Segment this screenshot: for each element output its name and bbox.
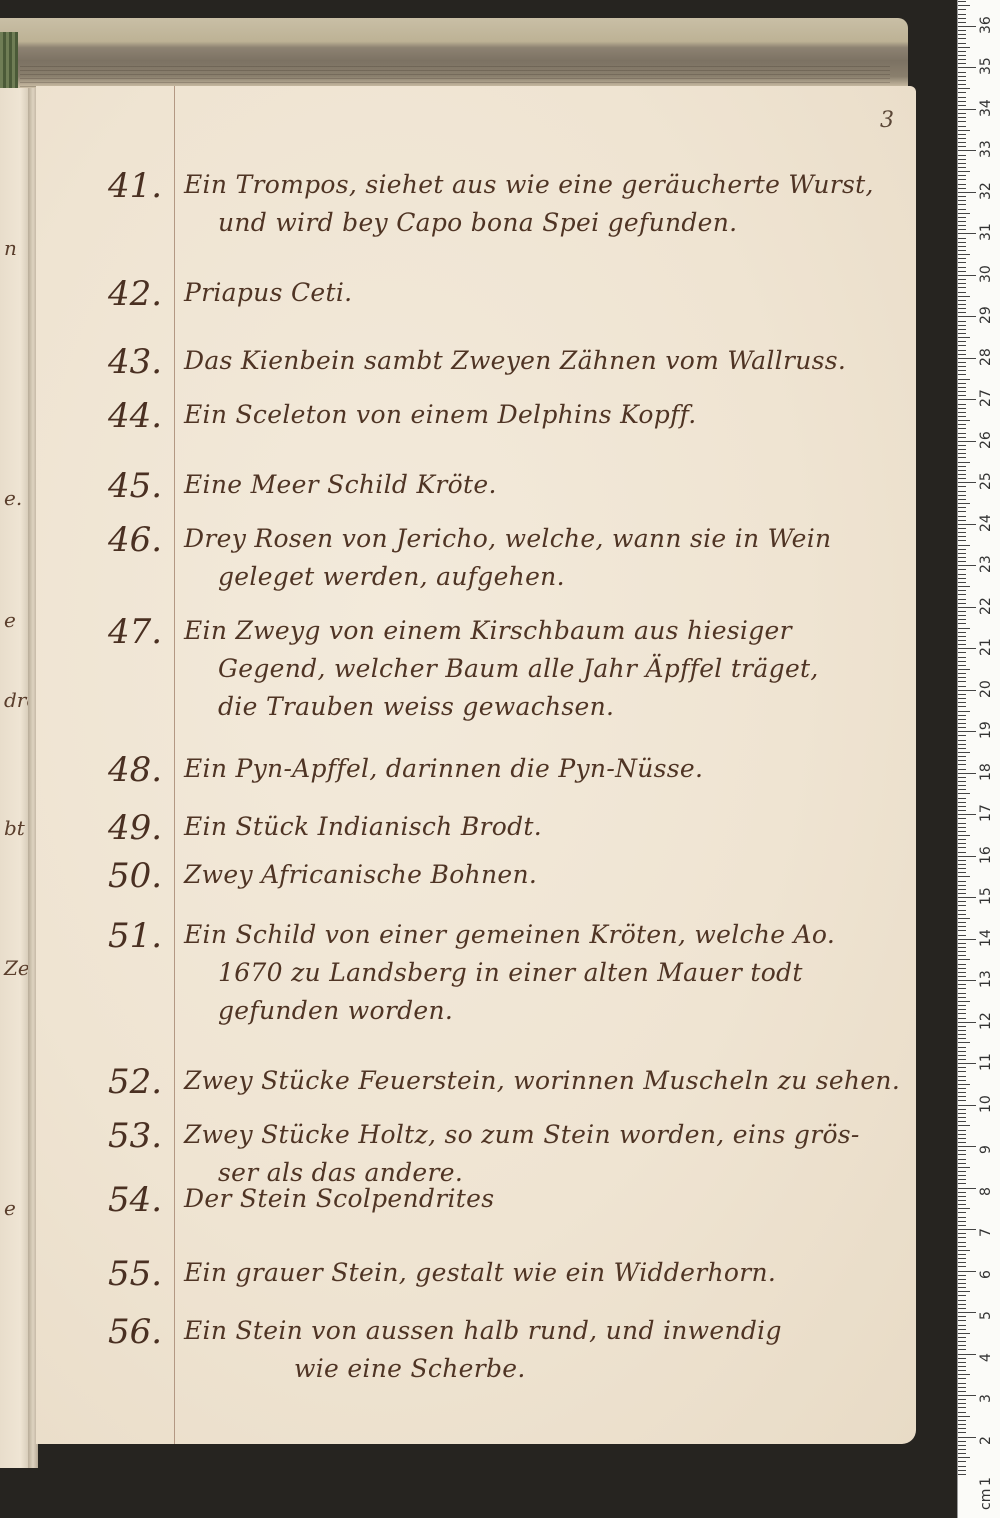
- ruler-tick: [958, 785, 966, 786]
- ruler-tick: [958, 955, 966, 956]
- ruler-tick: [958, 1366, 966, 1367]
- ruler-tick: [958, 731, 976, 732]
- ruler-tick: [958, 1461, 966, 1462]
- ruler-tick: [958, 1212, 966, 1213]
- ruler-tick: [958, 1001, 970, 1002]
- ruler-tick: [958, 482, 976, 483]
- ruler-tick: [958, 864, 966, 865]
- ruler-tick: [958, 1349, 966, 1350]
- ruler-tick: [958, 275, 976, 276]
- ruler-tick: [958, 889, 966, 890]
- ruler-label: 31: [978, 224, 994, 242]
- ruler-tick: [958, 798, 966, 799]
- ruler-tick: [958, 171, 970, 172]
- ruler-label: 14: [978, 929, 994, 947]
- entry-line: 1670 zu Landsberg in einer alten Mauer t…: [184, 954, 904, 992]
- ruler-tick: [958, 499, 966, 500]
- ruler-unit-label: cm: [978, 1489, 994, 1510]
- ruler-tick: [958, 926, 966, 927]
- entry-number: 46.: [108, 520, 174, 560]
- ruler-tick: [958, 1325, 966, 1326]
- ruler-tick: [958, 150, 976, 151]
- ruler-label: 21: [978, 638, 994, 656]
- fragment: n: [4, 236, 17, 260]
- ruler-tick: [958, 1109, 966, 1110]
- ruler-tick: [958, 67, 976, 68]
- ruler-tick: [958, 1441, 966, 1442]
- ruler-tick: [958, 980, 976, 981]
- ruler-tick: [958, 1445, 966, 1446]
- ruler-tick: [958, 872, 966, 873]
- ruler-tick: [958, 412, 966, 413]
- ruler-label: 29: [978, 307, 994, 325]
- ruler-tick: [958, 1358, 966, 1359]
- ruler-tick: [958, 354, 966, 355]
- ruler-tick: [958, 312, 966, 313]
- book-top-edge: [0, 18, 908, 96]
- ruler-tick: [958, 1026, 966, 1027]
- ruler-label: 18: [978, 763, 994, 781]
- ruler-tick: [958, 1142, 966, 1143]
- ruler-tick: [958, 1474, 966, 1475]
- ruler-tick: [958, 22, 966, 23]
- ruler-tick: [958, 1341, 966, 1342]
- ruler-tick: [958, 536, 966, 537]
- ruler-label: 25: [978, 473, 994, 491]
- ruler-tick: [958, 1204, 966, 1205]
- ruler-tick: [958, 18, 966, 19]
- entry-number: 56.: [108, 1312, 174, 1352]
- ruler-tick: [958, 495, 966, 496]
- ruler-tick: [958, 582, 966, 583]
- ruler-tick: [958, 810, 966, 811]
- ruler-tick: [958, 329, 966, 330]
- ruler-tick: [958, 769, 966, 770]
- ruler-tick: [958, 964, 966, 965]
- ruler-tick: [958, 1100, 966, 1101]
- ruler-tick: [958, 652, 966, 653]
- margin-rule: [174, 86, 175, 1444]
- ruler-tick: [958, 1084, 970, 1085]
- entry-number: 52.: [108, 1062, 174, 1102]
- ruler-label: 6: [978, 1270, 994, 1279]
- ruler-tick: [958, 565, 976, 566]
- ruler-tick: [958, 9, 966, 10]
- ruler-tick: [958, 1453, 966, 1454]
- ruler-tick: [958, 262, 966, 263]
- entry-line: Zwey Africanische Bohnen.: [184, 856, 904, 894]
- ruler-tick: [958, 1117, 966, 1118]
- ruler-tick: [958, 574, 966, 575]
- ruler-tick: [958, 279, 966, 280]
- ruler-tick: [958, 242, 966, 243]
- ruler-tick: [958, 204, 966, 205]
- ruler-tick: [958, 1300, 966, 1301]
- ruler-tick: [958, 358, 976, 359]
- ruler-tick: [958, 250, 966, 251]
- ruler-tick: [958, 1154, 966, 1155]
- entry-number: 42.: [108, 274, 174, 314]
- ruler-label: 35: [978, 58, 994, 76]
- ruler-tick: [958, 511, 966, 512]
- ruler-tick: [958, 1196, 966, 1197]
- ruler-tick: [958, 740, 966, 741]
- ruler-tick: [958, 843, 966, 844]
- ruler-tick: [958, 578, 966, 579]
- entry-line: gefunden worden.: [184, 992, 904, 1030]
- entry-line: Gegend, welcher Baum alle Jahr Äpffel tr…: [184, 650, 904, 688]
- ruler-tick: [958, 159, 966, 160]
- ruler-tick: [958, 1449, 966, 1450]
- ruler-tick: [958, 1121, 966, 1122]
- ruler-tick: [958, 760, 966, 761]
- ruler-tick: [958, 225, 966, 226]
- ruler-tick: [958, 1042, 970, 1043]
- ruler-tick: [958, 789, 966, 790]
- ruler-tick: [958, 1266, 966, 1267]
- ruler-tick: [958, 524, 976, 525]
- ruler-tick: [958, 561, 966, 562]
- ruler-tick: [958, 1362, 966, 1363]
- ruler-tick: [958, 690, 976, 691]
- ruler-tick: [958, 686, 966, 687]
- ruler-tick: [958, 441, 976, 442]
- ruler-tick: [958, 988, 966, 989]
- entry-line: Zwey Stücke Holtz, so zum Stein worden, …: [184, 1116, 904, 1154]
- ruler-tick: [958, 1063, 976, 1064]
- ruler-tick: [958, 362, 966, 363]
- entry-number: 44.: [108, 396, 174, 436]
- ruler-tick: [958, 723, 966, 724]
- ruler-tick: [958, 134, 966, 135]
- manuscript-page: 3 41. Ein Trompos, siehet aus wie eine g…: [36, 86, 916, 1444]
- ruler-tick: [958, 694, 966, 695]
- entry-line: Zwey Stücke Feuerstein, worinnen Muschel…: [184, 1062, 904, 1100]
- ruler-label: 30: [978, 265, 994, 283]
- ruler-tick: [958, 569, 966, 570]
- entry-line: Der Stein Scolpendrites: [184, 1180, 904, 1218]
- ruler-tick: [958, 1432, 966, 1433]
- ruler-tick: [958, 238, 966, 239]
- ruler-tick: [958, 1150, 966, 1151]
- ruler-tick: [958, 557, 966, 558]
- ruler-tick: [958, 449, 966, 450]
- ruler-tick: [958, 437, 966, 438]
- ruler-tick: [958, 126, 966, 127]
- ruler-tick: [958, 14, 966, 15]
- ruler-tick: [958, 1420, 966, 1421]
- ruler-label: 22: [978, 597, 994, 615]
- ruler-tick: [958, 935, 966, 936]
- ruler-tick: [958, 1138, 966, 1139]
- entry-line: Eine Meer Schild Kröte.: [184, 466, 904, 504]
- ruler-label: 19: [978, 721, 994, 739]
- ruler-tick: [958, 1005, 966, 1006]
- ruler-tick: [958, 1, 966, 2]
- ruler-label: 11: [978, 1053, 994, 1071]
- ruler-tick: [958, 1320, 966, 1321]
- ruler-tick: [958, 1022, 976, 1023]
- ruler-tick: [958, 1457, 970, 1458]
- ruler-tick: [958, 233, 976, 234]
- entry-number: 53.: [108, 1116, 174, 1156]
- ruler-tick: [958, 34, 966, 35]
- entry-number: 51.: [108, 916, 174, 956]
- entry-number: 47.: [108, 612, 174, 652]
- ruler-tick: [958, 1055, 966, 1056]
- ruler-tick: [958, 1059, 966, 1060]
- ruler-tick: [958, 433, 966, 434]
- ruler-tick: [958, 383, 966, 384]
- ruler-tick: [958, 1113, 966, 1114]
- entry-line: Ein Stein von aussen halb rund, und inwe…: [184, 1312, 904, 1350]
- ruler-tick: [958, 130, 970, 131]
- ruler-tick: [958, 105, 966, 106]
- ruler-tick: [958, 599, 966, 600]
- ruler-tick: [958, 623, 966, 624]
- ruler-tick: [958, 1018, 966, 1019]
- entry-line: Priapus Ceti.: [184, 274, 904, 312]
- ruler-tick: [958, 897, 976, 898]
- entry-line: Ein Pyn-Apffel, darinnen die Pyn-Nüsse.: [184, 750, 904, 788]
- ruler-tick: [958, 366, 966, 367]
- ruler-tick: [958, 1312, 976, 1313]
- ruler-tick: [958, 628, 970, 629]
- ruler-tick: [958, 462, 970, 463]
- ruler-tick: [958, 1416, 970, 1417]
- ruler-tick: [958, 1179, 966, 1180]
- ruler-tick: [958, 1345, 966, 1346]
- ruler-tick: [958, 175, 966, 176]
- ruler-tick: [958, 959, 970, 960]
- ruler-tick: [958, 76, 966, 77]
- ruler-tick: [958, 1370, 966, 1371]
- ruler-tick: [958, 922, 966, 923]
- ruler-tick: [958, 341, 966, 342]
- ruler-label: 12: [978, 1012, 994, 1030]
- ruler-tick: [958, 972, 966, 973]
- entry-line: Ein Zweyg von einem Kirschbaum aus hiesi…: [184, 612, 904, 650]
- ruler-tick: [958, 881, 966, 882]
- ruler-tick: [958, 1287, 966, 1288]
- entry-line: Ein grauer Stein, gestalt wie ein Widder…: [184, 1254, 904, 1292]
- ruler-tick: [958, 196, 966, 197]
- ruler-tick: [958, 109, 976, 110]
- ruler-tick: [958, 254, 970, 255]
- ruler-tick: [958, 101, 966, 102]
- ruler-tick: [958, 831, 966, 832]
- ruler-tick: [958, 611, 966, 612]
- ruler-tick: [958, 466, 966, 467]
- ruler-tick: [958, 773, 976, 774]
- ruler-tick: [958, 719, 966, 720]
- ruler-tick: [958, 1246, 966, 1247]
- ruler-tick: [958, 491, 966, 492]
- ruler-tick: [958, 1308, 966, 1309]
- ruler-tick: [958, 715, 966, 716]
- ruler-tick: [958, 192, 976, 193]
- ruler-tick: [958, 1088, 966, 1089]
- ruler-tick: [958, 1030, 966, 1031]
- ruler-tick: [958, 1192, 966, 1193]
- ruler-tick: [958, 271, 966, 272]
- ruler-tick: [958, 478, 966, 479]
- ruler-tick: [958, 1470, 966, 1471]
- fragment: e: [4, 1196, 16, 1220]
- ruler-tick: [958, 300, 966, 301]
- ruler-tick: [958, 868, 966, 869]
- ruler-label: 16: [978, 846, 994, 864]
- ruler-tick: [958, 545, 970, 546]
- ruler-tick: [958, 997, 966, 998]
- ruler-tick: [958, 1374, 970, 1375]
- ruler-tick: [958, 1407, 966, 1408]
- ruler-tick: [958, 823, 966, 824]
- ruler-tick: [958, 632, 966, 633]
- ruler-tick: [958, 408, 966, 409]
- ruler-tick: [958, 374, 966, 375]
- ruler-tick: [958, 590, 966, 591]
- ruler-tick: [958, 258, 966, 259]
- entry-number: 43.: [108, 342, 174, 382]
- ruler-tick: [958, 1233, 966, 1234]
- ruler-tick: [958, 839, 966, 840]
- entry-number: 45.: [108, 466, 174, 506]
- ruler-tick: [958, 416, 966, 417]
- ruler-tick: [958, 648, 976, 649]
- ruler-tick: [958, 80, 966, 81]
- ruler-tick: [958, 1242, 966, 1243]
- ruler-tick: [958, 370, 966, 371]
- ruler-tick: [958, 943, 966, 944]
- ruler-label: 36: [978, 16, 994, 34]
- ruler-tick: [958, 615, 966, 616]
- ruler-tick: [958, 711, 970, 712]
- ruler-tick: [958, 968, 966, 969]
- ruler-tick: [958, 1237, 966, 1238]
- ruler-tick: [958, 930, 966, 931]
- ruler-label: 27: [978, 390, 994, 408]
- ruler-tick: [958, 1167, 970, 1168]
- ruler-label: 15: [978, 887, 994, 905]
- ruler-tick: [958, 1130, 966, 1131]
- ruler-tick: [958, 1125, 970, 1126]
- ruler-tick: [958, 905, 966, 906]
- ruler-tick: [958, 984, 966, 985]
- entry-line: Ein Trompos, siehet aus wie eine geräuch…: [184, 166, 904, 204]
- ruler-tick: [958, 1175, 966, 1176]
- ruler-tick: [958, 669, 970, 670]
- ruler-tick: [958, 802, 966, 803]
- ruler-tick: [958, 316, 976, 317]
- ruler-tick: [958, 764, 966, 765]
- entry-line: geleget werden, aufgehen.: [184, 558, 904, 596]
- ruler-tick: [958, 1250, 970, 1251]
- ruler-tick: [958, 1395, 976, 1396]
- ruler-tick: [958, 594, 966, 595]
- ruler-tick: [958, 1171, 966, 1172]
- ruler-tick: [958, 1283, 966, 1284]
- ruler-tick: [958, 752, 970, 753]
- ruler-tick: [958, 138, 966, 139]
- ruler-tick: [958, 835, 970, 836]
- ruler-tick: [958, 1038, 966, 1039]
- ruler-tick: [958, 951, 966, 952]
- ruler-tick: [958, 283, 966, 284]
- ruler-tick: [958, 1437, 976, 1438]
- ruler-tick: [958, 1412, 966, 1413]
- ruler-tick: [958, 404, 966, 405]
- ruler-tick: [958, 1333, 970, 1334]
- ruler-tick: [958, 657, 966, 658]
- ruler-label: 8: [978, 1187, 994, 1196]
- ruler-label: 4: [978, 1353, 994, 1362]
- ruler-tick: [958, 532, 966, 533]
- ruler-tick: [958, 88, 970, 89]
- ruler-tick: [958, 1258, 966, 1259]
- ruler-tick: [958, 163, 966, 164]
- ruler-tick: [958, 918, 970, 919]
- ruler-label: 13: [978, 970, 994, 988]
- ruler-tick: [958, 167, 966, 168]
- ruler-tick: [958, 97, 966, 98]
- ruler-tick: [958, 1034, 966, 1035]
- ruler-tick: [958, 1217, 966, 1218]
- ruler-tick: [958, 1092, 966, 1093]
- ruler-tick: [958, 51, 966, 52]
- ruler-tick: [958, 607, 976, 608]
- ruler-label: 32: [978, 182, 994, 200]
- ruler-tick: [958, 586, 970, 587]
- ruler-tick: [958, 814, 976, 815]
- ruler-tick: [958, 333, 966, 334]
- ruler-tick: [958, 1279, 966, 1280]
- ruler-tick: [958, 304, 966, 305]
- ruler-tick: [958, 1146, 976, 1147]
- entry-line: Drey Rosen von Jericho, welche, wann sie…: [184, 520, 904, 558]
- ruler-tick: [958, 549, 966, 550]
- ruler-tick: [958, 665, 966, 666]
- ruler-tick: [958, 1271, 976, 1272]
- ruler-tick: [958, 113, 966, 114]
- ruler-tick: [958, 267, 966, 268]
- ruler-tick: [958, 1134, 966, 1135]
- ruler-tick: [958, 200, 966, 201]
- ruler-tick: [958, 1105, 976, 1106]
- ruler-tick: [958, 179, 966, 180]
- ruler-tick: [958, 345, 966, 346]
- ruler-tick: [958, 1183, 966, 1184]
- ruler-tick: [958, 1403, 966, 1404]
- entry-line: wie eine Scherbe.: [184, 1350, 904, 1388]
- fragment: bt: [4, 816, 25, 840]
- ruler-tick: [958, 30, 966, 31]
- ruler-tick: [958, 117, 966, 118]
- ruler-tick: [958, 1275, 966, 1276]
- ruler-tick: [958, 1076, 966, 1077]
- ruler-tick: [958, 470, 966, 471]
- ruler-tick: [958, 184, 966, 185]
- entry-number: 48.: [108, 750, 174, 790]
- ruler-tick: [958, 1391, 966, 1392]
- ruler-tick: [958, 308, 966, 309]
- ruler-tick: [958, 673, 966, 674]
- entry-line: die Trauben weiss gewachsen.: [184, 688, 904, 726]
- ruler-tick: [958, 1254, 966, 1255]
- ruler-tick: [958, 445, 966, 446]
- ruler-tick: [958, 379, 970, 380]
- ruler-tick: [958, 1262, 966, 1263]
